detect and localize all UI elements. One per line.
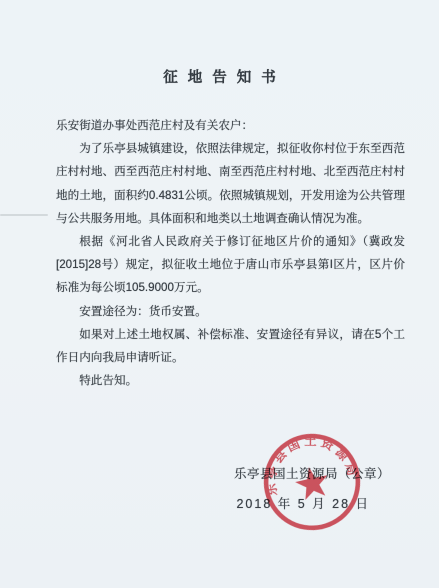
paragraph-resettlement: 安置途径为：货币安置。: [56, 300, 405, 323]
page-title: 征地告知书: [0, 0, 439, 87]
paragraph-closing: 特此告知。: [56, 369, 405, 392]
document-body: 乐安街道办事处西范庄村及有关农户： 为了乐亭县城镇建设，依照法律规定，拟征收你村…: [56, 114, 405, 392]
seal-star-icon: [293, 464, 332, 502]
paragraph-purpose: 为了乐亭县城镇建设，依照法律规定，拟征收你村位于东至西范庄村村地、西至西范庄村村…: [56, 137, 405, 230]
signature-block: 乐亭县国土资源局（公章） 2018 年 5 月 28 日: [0, 464, 439, 512]
paragraph-hearing: 如果对上述土地权属、补偿标准、安置途径有异议，请在5个工作日内向我局申请听证。: [56, 323, 405, 369]
official-seal: 乐亭县国土资源局: [252, 422, 373, 543]
document-page: 征地告知书 乐安街道办事处西范庄村及有关农户： 为了乐亭县城镇建设，依照法律规定…: [0, 0, 439, 588]
signature-line: 乐亭县国土资源局（公章）: [0, 464, 439, 482]
greeting-line: 乐安街道办事处西范庄村及有关农户：: [56, 114, 405, 137]
scan-artifact-line: [0, 214, 48, 216]
date-line: 2018 年 5 月 28 日: [0, 494, 439, 512]
paragraph-compensation: 根据《河北省人民政府关于修订征地区片价的通知》（冀政发[2015]28号）规定，…: [56, 230, 405, 300]
